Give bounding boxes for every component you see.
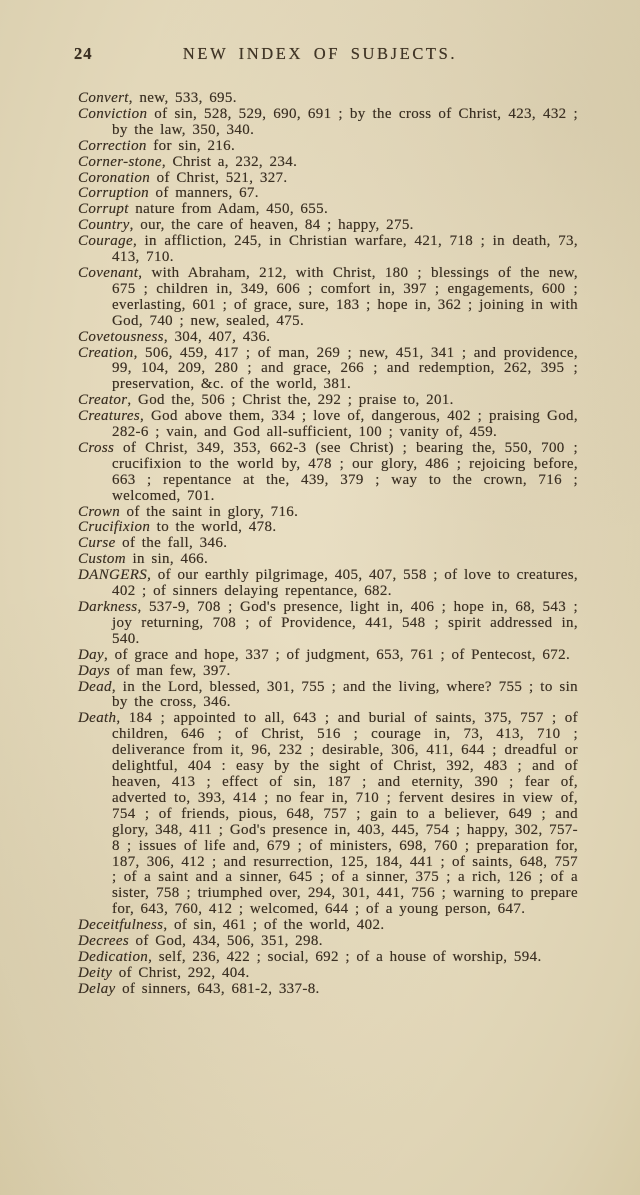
index-entry: Covetousness, 304, 407, 436. bbox=[78, 330, 578, 346]
index-entry: Corrupt nature from Adam, 450, 655. bbox=[78, 202, 578, 218]
entry-text: , new, 533, 695. bbox=[129, 90, 237, 106]
index-entry: Darkness, 537-9, 708 ; God's presence, l… bbox=[78, 600, 578, 648]
running-head: 24 NEW INDEX OF SUBJECTS. bbox=[0, 0, 640, 66]
entry-term: Country bbox=[78, 217, 130, 233]
index-entry: DANGERS, of our earthly pilgrimage, 405,… bbox=[78, 568, 578, 600]
entry-term: Decrees bbox=[78, 933, 129, 949]
entry-text: , with Abraham, 212, with Christ, 180 ; … bbox=[112, 265, 578, 329]
entry-term: Crown bbox=[78, 504, 120, 520]
index-entry: Decrees of God, 434, 506, 351, 298. bbox=[78, 934, 578, 950]
entry-term: Dead bbox=[78, 679, 112, 695]
entry-term: Corrupt bbox=[78, 201, 129, 217]
entry-term: Dedication bbox=[78, 949, 148, 965]
entry-term: Convert bbox=[78, 90, 129, 106]
entry-text: , of our earthly pilgrimage, 405, 407, 5… bbox=[112, 567, 578, 599]
entry-text: , in the Lord, blessed, 301, 755 ; and t… bbox=[112, 679, 578, 711]
entry-text: , 184 ; appointed to all, 643 ; and buri… bbox=[112, 710, 578, 917]
entry-text: to the world, 478. bbox=[150, 519, 276, 535]
entry-term: Day bbox=[78, 647, 104, 663]
entry-term: Darkness bbox=[78, 599, 137, 615]
entry-text: , of grace and hope, 337 ; of judgment, … bbox=[104, 647, 570, 663]
entry-term: Corruption bbox=[78, 185, 149, 201]
entry-term: Days bbox=[78, 663, 110, 679]
entry-text: of the saint in glory, 716. bbox=[120, 504, 298, 520]
index-entry: Creation, 506, 459, 417 ; of man, 269 ; … bbox=[78, 346, 578, 394]
entry-text: of man few, 397. bbox=[110, 663, 230, 679]
index-entry: Coronation of Christ, 521, 327. bbox=[78, 171, 578, 187]
entry-term: Covetousness bbox=[78, 329, 164, 345]
entry-term: Correction bbox=[78, 138, 147, 154]
index-entry: Crucifixion to the world, 478. bbox=[78, 520, 578, 536]
index-entry: Crown of the saint in glory, 716. bbox=[78, 505, 578, 521]
entry-text: of Christ, 521, 327. bbox=[150, 170, 287, 186]
index-entries: Convert, new, 533, 695. Conviction of si… bbox=[78, 91, 578, 998]
index-entry: Cross of Christ, 349, 353, 662-3 (see Ch… bbox=[78, 441, 578, 505]
index-entry: Day, of grace and hope, 337 ; of judgmen… bbox=[78, 648, 578, 664]
index-entry: Delay of sinners, 643, 681-2, 337-8. bbox=[78, 982, 578, 998]
entry-text: of Christ, 349, 353, 662-3 (see Christ) … bbox=[112, 440, 578, 504]
entry-term: Creatures bbox=[78, 408, 140, 424]
page-title: NEW INDEX OF SUBJECTS. bbox=[0, 44, 640, 64]
entry-term: Death bbox=[78, 710, 116, 726]
entry-text: of the fall, 346. bbox=[116, 535, 228, 551]
entry-text: of sin, 528, 529, 690, 691 ; by the cros… bbox=[112, 106, 578, 138]
index-entry: Deity of Christ, 292, 404. bbox=[78, 966, 578, 982]
entry-term: Courage bbox=[78, 233, 133, 249]
index-entry: Dedication, self, 236, 422 ; social, 692… bbox=[78, 950, 578, 966]
index-entry: Days of man few, 397. bbox=[78, 664, 578, 680]
entry-text: , 304, 407, 436. bbox=[164, 329, 271, 345]
entry-term: Deceitfulness bbox=[78, 917, 163, 933]
entry-term: DANGERS bbox=[78, 567, 147, 583]
entry-term: Coronation bbox=[78, 170, 150, 186]
index-entry: Custom in sin, 466. bbox=[78, 552, 578, 568]
entry-text: , our, the care of heaven, 84 ; happy, 2… bbox=[130, 217, 414, 233]
index-entry: Country, our, the care of heaven, 84 ; h… bbox=[78, 218, 578, 234]
entry-term: Creator bbox=[78, 392, 127, 408]
index-entry: Courage, in affliction, 245, in Christia… bbox=[78, 234, 578, 266]
entry-text: for sin, 216. bbox=[147, 138, 235, 154]
index-entry: Curse of the fall, 346. bbox=[78, 536, 578, 552]
index-entry: Corner-stone, Christ a, 232, 234. bbox=[78, 155, 578, 171]
entry-text: of Christ, 292, 404. bbox=[112, 965, 249, 981]
entry-text: , God above them, 334 ; love of, dangero… bbox=[112, 408, 578, 440]
entry-text: , God the, 506 ; Christ the, 292 ; prais… bbox=[127, 392, 453, 408]
entry-text: of God, 434, 506, 351, 298. bbox=[129, 933, 323, 949]
entry-term: Curse bbox=[78, 535, 116, 551]
index-entry: Convert, new, 533, 695. bbox=[78, 91, 578, 107]
index-entry: Deceitfulness, of sin, 461 ; of the worl… bbox=[78, 918, 578, 934]
entry-text: , of sin, 461 ; of the world, 402. bbox=[163, 917, 384, 933]
entry-text: , in affliction, 245, in Christian warfa… bbox=[112, 233, 578, 265]
index-entry: Conviction of sin, 528, 529, 690, 691 ; … bbox=[78, 107, 578, 139]
index-entry: Creatures, God above them, 334 ; love of… bbox=[78, 409, 578, 441]
book-page: 24 NEW INDEX OF SUBJECTS. Convert, new, … bbox=[0, 0, 640, 1195]
index-entry: Death, 184 ; appointed to all, 643 ; and… bbox=[78, 711, 578, 918]
entry-text: , 537-9, 708 ; God's presence, light in,… bbox=[112, 599, 578, 647]
entry-term: Creation bbox=[78, 345, 134, 361]
index-entry: Corruption of manners, 67. bbox=[78, 186, 578, 202]
entry-text: nature from Adam, 450, 655. bbox=[129, 201, 328, 217]
index-entry: Correction for sin, 216. bbox=[78, 139, 578, 155]
index-entry: Creator, God the, 506 ; Christ the, 292 … bbox=[78, 393, 578, 409]
entry-term: Conviction bbox=[78, 106, 147, 122]
entry-term: Custom bbox=[78, 551, 126, 567]
entry-term: Delay bbox=[78, 981, 116, 997]
entry-term: Deity bbox=[78, 965, 112, 981]
entry-term: Crucifixion bbox=[78, 519, 150, 535]
entry-text: in sin, 466. bbox=[126, 551, 208, 567]
entry-term: Cross bbox=[78, 440, 114, 456]
entry-text: , 506, 459, 417 ; of man, 269 ; new, 451… bbox=[112, 345, 578, 393]
entry-text: of manners, 67. bbox=[149, 185, 259, 201]
page-number: 24 bbox=[74, 44, 93, 64]
entry-term: Corner-stone bbox=[78, 154, 162, 170]
entry-text: , self, 236, 422 ; social, 692 ; of a ho… bbox=[148, 949, 541, 965]
entry-term: Covenant bbox=[78, 265, 138, 281]
entry-text: of sinners, 643, 681-2, 337-8. bbox=[116, 981, 320, 997]
index-entry: Dead, in the Lord, blessed, 301, 755 ; a… bbox=[78, 680, 578, 712]
index-entry: Covenant, with Abraham, 212, with Christ… bbox=[78, 266, 578, 330]
entry-text: , Christ a, 232, 234. bbox=[162, 154, 297, 170]
